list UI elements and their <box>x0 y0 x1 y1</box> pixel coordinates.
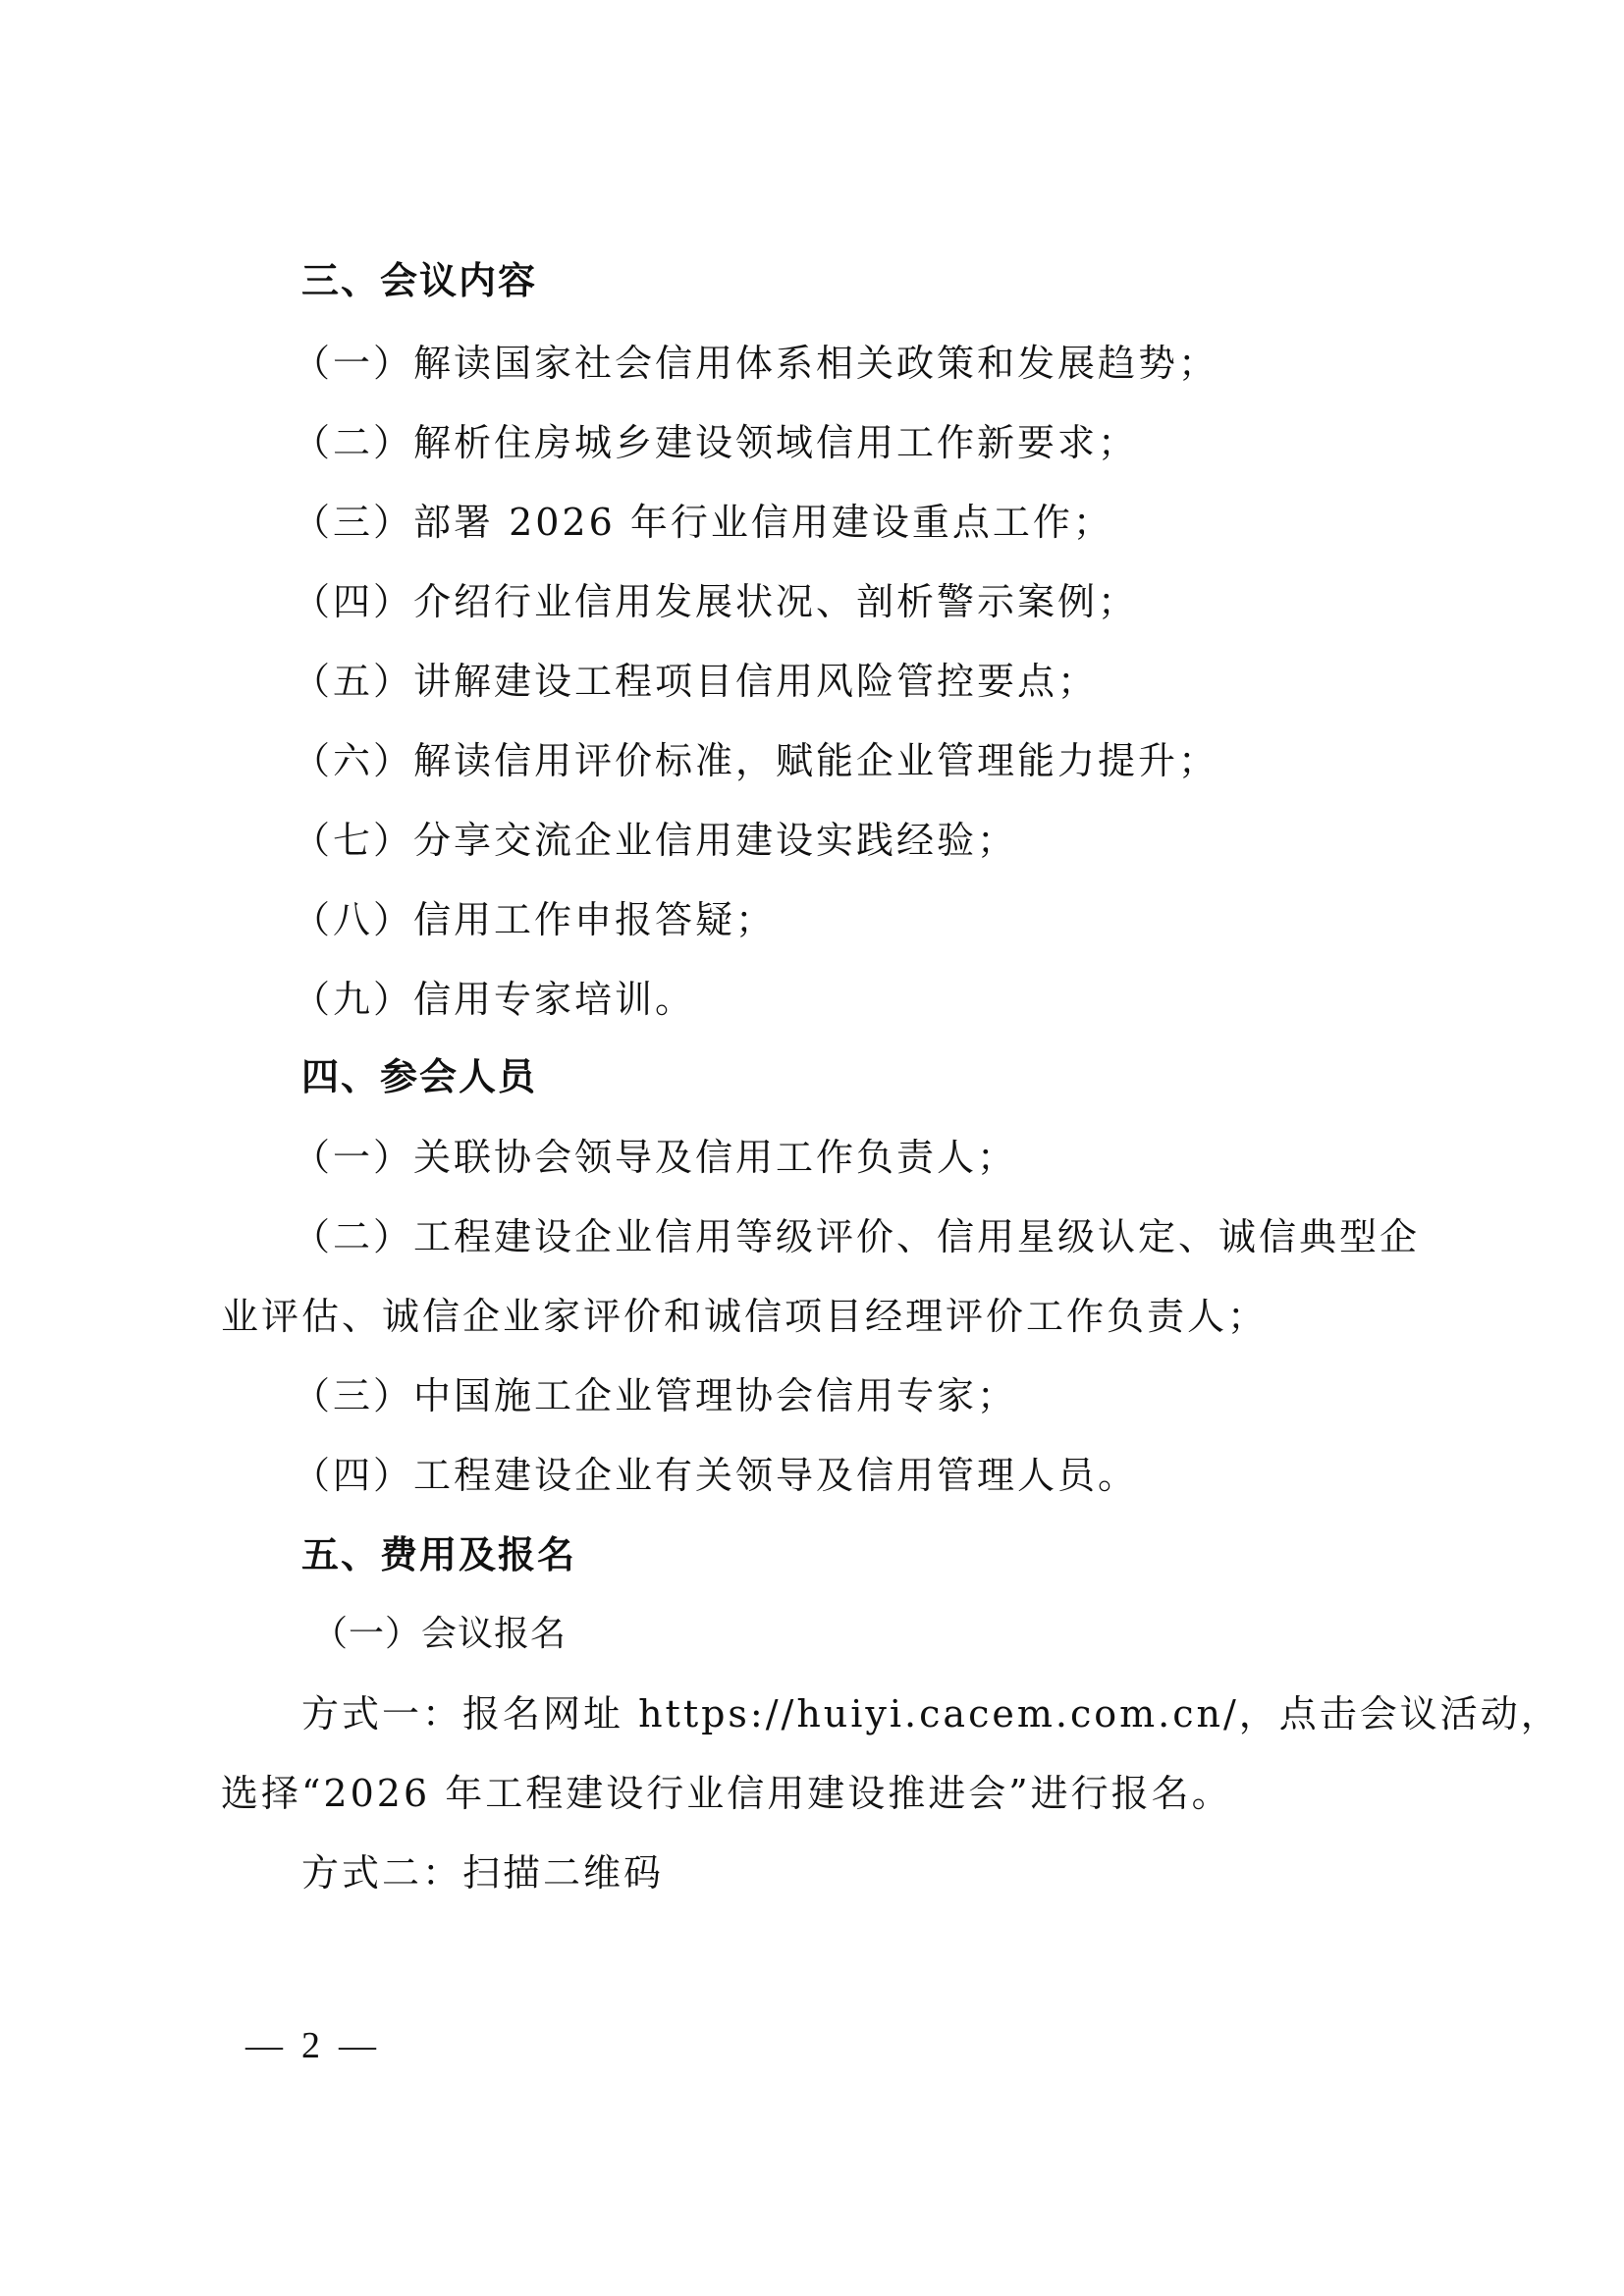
list-item: （八）信用工作申报答疑； <box>293 896 776 943</box>
list-item: （四）介绍行业信用发展状况、剖析警示案例； <box>293 578 1138 625</box>
page-number: — 2 — <box>245 2024 376 2067</box>
registration-method-1: 方式一：报名网址 https://huiyi.cacem.com.cn/，点击会… <box>301 1690 1561 1737</box>
list-item: （三）部署 2026 年行业信用建设重点工作； <box>293 499 1113 546</box>
document-page: 三、会议内容 （一）解读国家社会信用体系相关政策和发展趋势； （二）解析住房城乡… <box>0 0 1624 2296</box>
list-item: （四）工程建设企业有关领导及信用管理人员。 <box>293 1452 1138 1499</box>
list-item: （一）解读国家社会信用体系相关政策和发展趋势； <box>293 340 1218 387</box>
list-item: （五）讲解建设工程项目信用风险管控要点； <box>293 658 1098 705</box>
list-item: （二）工程建设企业信用等级评价、信用星级认定、诚信典型企 <box>293 1213 1420 1260</box>
list-item: （七）分享交流企业信用建设实践经验； <box>293 817 1017 864</box>
section-heading-attendees: 四、参会人员 <box>301 1053 537 1100</box>
registration-method-1-continuation: 选择“2026 年工程建设行业信用建设推进会”进行报名。 <box>221 1770 1232 1817</box>
list-item: （三）中国施工企业管理协会信用专家； <box>293 1372 1017 1419</box>
list-item: （六）解读信用评价标准，赋能企业管理能力提升； <box>293 737 1218 784</box>
section-heading-meeting-content: 三、会议内容 <box>301 257 537 304</box>
registration-method-2: 方式二：扫描二维码 <box>301 1849 664 1896</box>
list-item: （二）解析住房城乡建设领域信用工作新要求； <box>293 419 1138 466</box>
list-item: （一）关联协会领导及信用工作负责人； <box>293 1134 1017 1181</box>
section-heading-fees-registration: 五、费用及报名 <box>301 1531 576 1578</box>
subsection-heading-registration: （一）会议报名 <box>312 1611 567 1658</box>
list-item-continuation: 业评估、诚信企业家评价和诚信项目经理评价工作负责人； <box>221 1293 1268 1340</box>
list-item: （九）信用专家培训。 <box>293 976 695 1023</box>
